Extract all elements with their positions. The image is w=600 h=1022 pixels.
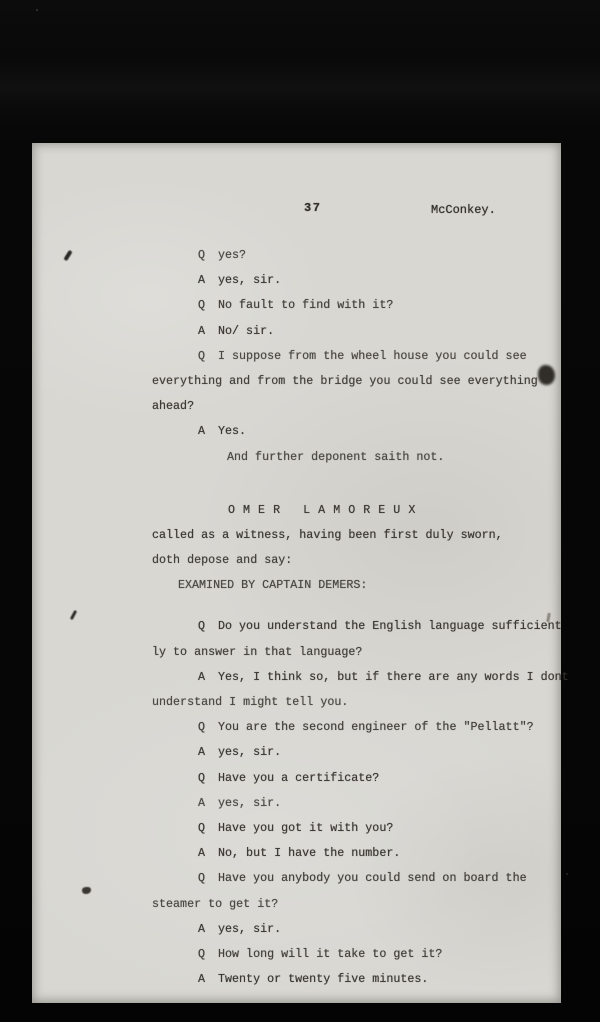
transcript-line: Ayes, sir.	[152, 791, 598, 816]
line-text: EXAMINED BY CAPTAIN DEMERS:	[178, 578, 367, 592]
page-number: 37	[304, 201, 321, 215]
line-text: ly to answer in that language?	[152, 645, 362, 659]
speaker-label: A	[198, 967, 218, 992]
photostat-background: 37 McConkey. Qyes?Ayes, sir.QNo fault to…	[0, 0, 600, 1022]
transcript-line: And further deponent saith not.	[152, 445, 598, 470]
line-text: Yes.	[218, 424, 246, 438]
line-text: steamer to get it?	[152, 897, 278, 911]
scan-speck	[36, 9, 38, 11]
transcript-line: AYes, I think so, but if there are any w…	[152, 665, 598, 690]
line-text: How long will it take to get it?	[218, 947, 442, 961]
line-text: Do you understand the English language s…	[218, 619, 562, 633]
speaker-label: Q	[198, 715, 218, 740]
transcript-line: ly to answer in that language?	[152, 640, 598, 665]
transcript-line: QHave you a certificate?	[152, 766, 598, 791]
ink-blot	[82, 887, 91, 894]
transcript-line: ANo, but I have the number.	[152, 841, 598, 866]
line-text: ahead?	[152, 399, 194, 413]
line-text: doth depose and say:	[152, 553, 292, 567]
speaker-label: A	[198, 841, 218, 866]
speaker-label: A	[198, 665, 218, 690]
speaker-label: Q	[198, 344, 218, 369]
line-text: Have you anybody you could send on board…	[218, 871, 527, 885]
speaker-label: Q	[198, 766, 218, 791]
line-text: Twenty or twenty five minutes.	[218, 972, 428, 986]
transcript-line: EXAMINED BY CAPTAIN DEMERS:	[152, 573, 598, 598]
transcript-line: ahead?	[152, 394, 598, 419]
ink-mark	[63, 250, 72, 261]
speaker-label: A	[198, 791, 218, 816]
transcript-line: QHave you anybody you could send on boar…	[152, 866, 598, 891]
speaker-label: A	[198, 319, 218, 344]
line-text: called as a witness, having been first d…	[152, 528, 503, 542]
transcript-line: Ayes, sir.	[152, 917, 598, 942]
transcript-line: QNo fault to find with it?	[152, 293, 598, 318]
line-text: yes, sir.	[218, 796, 281, 810]
transcript-line: QI suppose from the wheel house you coul…	[152, 344, 598, 369]
transcript-line: everything and from the bridge you could…	[152, 369, 598, 394]
line-text: No, but I have the number.	[218, 846, 400, 860]
transcript-line: Ayes, sir.	[152, 268, 598, 293]
transcript-line: understand I might tell you.	[152, 690, 598, 715]
speaker-label: A	[198, 268, 218, 293]
transcript-line: AYes.	[152, 419, 598, 444]
scanned-page: 37 McConkey. Qyes?Ayes, sir.QNo fault to…	[32, 143, 561, 1003]
transcript-body: Qyes?Ayes, sir.QNo fault to find with it…	[152, 243, 598, 992]
line-text: You are the second engineer of the "Pell…	[218, 720, 534, 734]
line-text: No/ sir.	[218, 324, 274, 338]
line-text: yes, sir.	[218, 273, 281, 287]
speaker-label: A	[198, 917, 218, 942]
line-text: yes, sir.	[218, 922, 281, 936]
line-text: O M E R L A M O R E U X	[228, 503, 416, 517]
speaker-label: Q	[198, 614, 218, 639]
transcript-line: Qyes?	[152, 243, 598, 268]
witness-name-header: McConkey.	[431, 203, 496, 217]
speaker-label: Q	[198, 293, 218, 318]
transcript-line: O M E R L A M O R E U X	[152, 498, 598, 523]
transcript-line: ATwenty or twenty five minutes.	[152, 967, 598, 992]
transcript-line: QHave you got it with you?	[152, 816, 598, 841]
speaker-label: Q	[198, 866, 218, 891]
speaker-label: Q	[198, 816, 218, 841]
line-text: Have you got it with you?	[218, 821, 393, 835]
transcript-line: doth depose and say:	[152, 548, 598, 573]
ink-smudge	[538, 365, 555, 385]
speaker-label: Q	[198, 942, 218, 967]
transcript-line: QDo you understand the English language …	[152, 614, 598, 639]
transcript-line: QYou are the second engineer of the "Pel…	[152, 715, 598, 740]
line-text: yes?	[218, 248, 246, 262]
line-text: I suppose from the wheel house you could…	[218, 349, 527, 363]
speaker-label: A	[198, 740, 218, 765]
speaker-label: Q	[198, 243, 218, 268]
line-text: Yes, I think so, but if there are any wo…	[218, 670, 569, 684]
line-text: And further deponent saith not.	[227, 450, 444, 464]
transcript-line: steamer to get it?	[152, 892, 598, 917]
transcript-line: QHow long will it take to get it?	[152, 942, 598, 967]
line-text: yes, sir.	[218, 745, 281, 759]
speaker-label: A	[198, 419, 218, 444]
line-text: everything and from the bridge you could…	[152, 374, 538, 388]
transcript-line: called as a witness, having been first d…	[152, 523, 598, 548]
transcript-line: Ayes, sir.	[152, 740, 598, 765]
line-text: Have you a certificate?	[218, 771, 379, 785]
line-text: No fault to find with it?	[218, 298, 393, 312]
ink-mark	[70, 610, 77, 620]
transcript-line: ANo/ sir.	[152, 319, 598, 344]
line-text: understand I might tell you.	[152, 695, 348, 709]
